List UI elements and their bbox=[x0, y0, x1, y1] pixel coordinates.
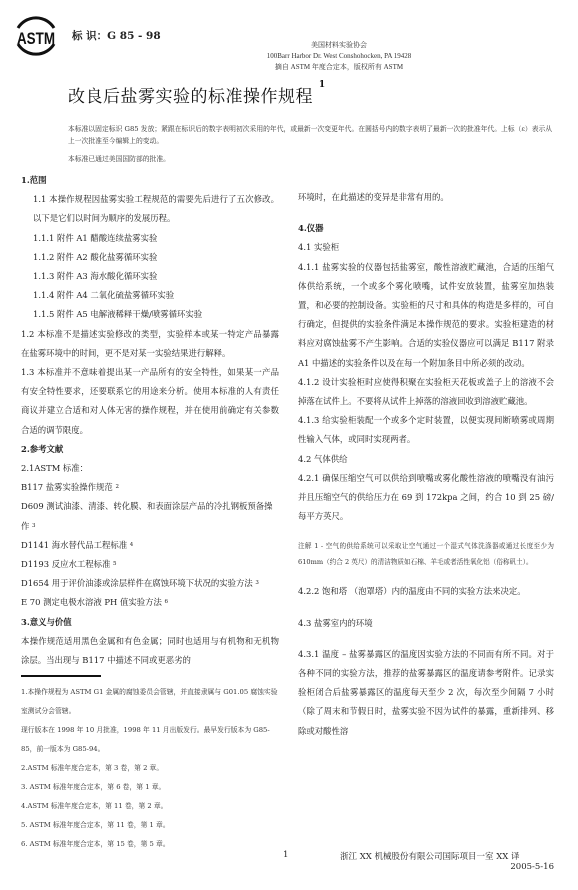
footnote-item: 1.本操作规程为 ASTM G1 金属的腐蚀委员会管辖，并直接隶属与 G01.0… bbox=[21, 683, 283, 721]
annex-item: 1.1.1 附件 A1 醋酸连续盐雾实验 bbox=[21, 229, 279, 248]
section-3-heading: 3.意义与价值 bbox=[21, 613, 279, 632]
section-4-1-1: 4.1.1 盐雾实验的仪器包括盐雾室，酸性溶液贮藏池，合适的压缩气体供给系统，一… bbox=[298, 258, 554, 373]
section-4-1-3: 4.1.3 给实验柜装配一个或多个定时装置，以便实现间断喷雾或周期性输入气体，或… bbox=[298, 411, 554, 449]
footnote-marker: 3 bbox=[32, 523, 36, 529]
section-1-heading: 1.范围 bbox=[21, 171, 279, 190]
footnote-item: 现行版本在 1998 年 10 月批准，1998 年 11 月出版发行。最早发行… bbox=[21, 721, 283, 759]
page-number: 1 bbox=[283, 850, 288, 860]
copyright-line: 摘自 ASTM 年度合定本，版权所有 ASTM bbox=[100, 62, 578, 73]
section-2-1: 2.1ASTM 标准： bbox=[21, 459, 279, 478]
translation-date: 2005-5-16 bbox=[480, 862, 554, 872]
right-column: 环境时，在此描述的变异是非常有用的。 4.仪器 4.1 实验柜 4.1.1 盐雾… bbox=[298, 188, 554, 741]
left-column: 1.范围 1.1 本操作规程因盐雾实验工程规范的需要先后进行了五次修改。以下是它… bbox=[21, 171, 279, 670]
section-2-heading: 2.参考文献 bbox=[21, 440, 279, 459]
reference-text: D1654 用于评价油漆或涂层样件在腐蚀环境下状况的实验方法 bbox=[21, 578, 253, 588]
footnote-item: 5. ASTM 标准年度合定本，第 11 卷，第 1 章。 bbox=[21, 816, 283, 835]
document-title: 改良后盐雾实验的标准操作规程 1 bbox=[68, 82, 326, 107]
section-4-heading: 4.仪器 bbox=[298, 219, 554, 238]
reference-item: E 70 测定电极水溶液 PH 值实验方法 6 bbox=[21, 593, 279, 612]
preface: 本标准以固定标识 G85 发放；紧跟在标识后的数字表明初次采用的年代，或最新一次… bbox=[68, 123, 558, 171]
reference-item: D1193 反应水工程标准 5 bbox=[21, 555, 279, 574]
footnote-item: 4.ASTM 标准年度合定本，第 11 卷，第 2 章。 bbox=[21, 797, 283, 816]
note-1: 注解 1 - 空气的供给系统可以采取让空气通过一个湿式气体洗涤器或通过长度至少为… bbox=[298, 538, 554, 570]
annex-item: 1.1.5 附件 A5 电解液稀释干燥/喷雾循环实验 bbox=[21, 305, 279, 324]
section-4-3-1: 4.3.1 温度 – 盐雾暴露区的温度因实验方法的不同而有所不同。对于各种不同的… bbox=[298, 645, 554, 741]
section-4-2-2: 4.2.2 饱和塔 （泡罩塔）内的温度由不同的实验方法来决定。 bbox=[298, 582, 554, 601]
publisher-address: 100Barr Harbor Dr. West Conshohocken, PA… bbox=[100, 51, 578, 62]
section-4-2-1: 4.2.1 确保压缩空气可以供给到喷嘴或雾化酸性溶液的喷嘴没有油污并且压缩空气的… bbox=[298, 469, 554, 527]
footnote-marker: 4 bbox=[130, 542, 134, 548]
annex-item: 1.1.2 附件 A2 酸化盐雾循环实验 bbox=[21, 248, 279, 267]
reference-item: D1654 用于评价油漆或涂层样件在腐蚀环境下状况的实验方法 3 bbox=[21, 574, 279, 593]
reference-item: B117 盐雾实验操作规范 2 bbox=[21, 478, 279, 497]
annex-item: 1.1.3 附件 A3 海水酸化循环实验 bbox=[21, 267, 279, 286]
title-footnote-marker: 1 bbox=[319, 80, 326, 90]
footnote-item: 3. ASTM 标准年度合定本，第 6 卷，第 1 章。 bbox=[21, 778, 283, 797]
section-1-2: 1.2 本标准不是描述实验修改的类型，实验样本或某一特定产品暴露在盐雾环境中的时… bbox=[21, 325, 279, 363]
translator-credit: 浙江 XX 机械股份有限公司国际项目一室 XX 译 bbox=[340, 850, 520, 862]
footnote-divider bbox=[21, 675, 101, 677]
preface-designation-note: 本标准以固定标识 G85 发放；紧跟在标识后的数字表明初次采用的年代，或最新一次… bbox=[68, 123, 558, 147]
reference-item: D609 测试油漆、清漆、转化膜、和表面涂层产品的冷扎钢板预备操作 3 bbox=[21, 497, 279, 535]
footnote-marker: 2 bbox=[115, 484, 119, 490]
footnote-item: 2.ASTM 标准年度合定本，第 3 卷，第 2 章。 bbox=[21, 759, 283, 778]
section-4-1: 4.1 实验柜 bbox=[298, 238, 554, 257]
reference-text: D609 测试油漆、清漆、转化膜、和表面涂层产品的冷扎钢板预备操作 bbox=[21, 501, 273, 530]
reference-text: D1141 海水替代品工程标准 bbox=[21, 540, 127, 550]
section-3-continued: 环境时，在此描述的变异是非常有用的。 bbox=[298, 188, 554, 207]
section-1-1: 1.1 本操作规程因盐雾实验工程规范的需要先后进行了五次修改。以下是它们以时间为… bbox=[21, 190, 279, 228]
section-4-1-2: 4.1.2 设计实验柜时应使得积聚在实验柜天花板或盖子上的溶液不会掉落在试件上。… bbox=[298, 373, 554, 411]
footnote-marker: 5 bbox=[113, 561, 117, 567]
reference-text: B117 盐雾实验操作规范 bbox=[21, 482, 113, 492]
footnote-item: 6. ASTM 标准年度合定本，第 15 卷，第 5 章。 bbox=[21, 835, 283, 854]
publisher-block: 美国材料实验协会 100Barr Harbor Dr. West Conshoh… bbox=[0, 40, 578, 73]
reference-item: D1141 海水替代品工程标准 4 bbox=[21, 536, 279, 555]
section-4-2: 4.2 气体供给 bbox=[298, 450, 554, 469]
annex-item: 1.1.4 附件 A4 二氧化硫盐雾循环实验 bbox=[21, 286, 279, 305]
title-text: 改良后盐雾实验的标准操作规程 bbox=[68, 87, 313, 107]
preface-approval-note: 本标准已通过美国国防部的批准。 bbox=[68, 153, 558, 165]
section-1-3: 1.3 本标准并不意味着提出某一产品所有的安全特性，如果某一产品有安全特性要求，… bbox=[21, 363, 279, 440]
section-3-body: 本操作规范适用黑色金属和有色金属；同时也适用与有机物和无机物涂层。当出现与 B1… bbox=[21, 632, 279, 670]
footnote-marker: 6 bbox=[165, 599, 169, 605]
section-4-3: 4.3 盐雾室内的环境 bbox=[298, 614, 554, 633]
reference-text: D1193 反应水工程标准 bbox=[21, 559, 110, 569]
publisher-name: 美国材料实验协会 bbox=[100, 40, 578, 51]
reference-text: E 70 测定电极水溶液 PH 值实验方法 bbox=[21, 597, 162, 607]
footnotes: 1.本操作规程为 ASTM G1 金属的腐蚀委员会管辖，并直接隶属与 G01.0… bbox=[21, 683, 283, 854]
footnote-marker: 3 bbox=[255, 580, 259, 586]
